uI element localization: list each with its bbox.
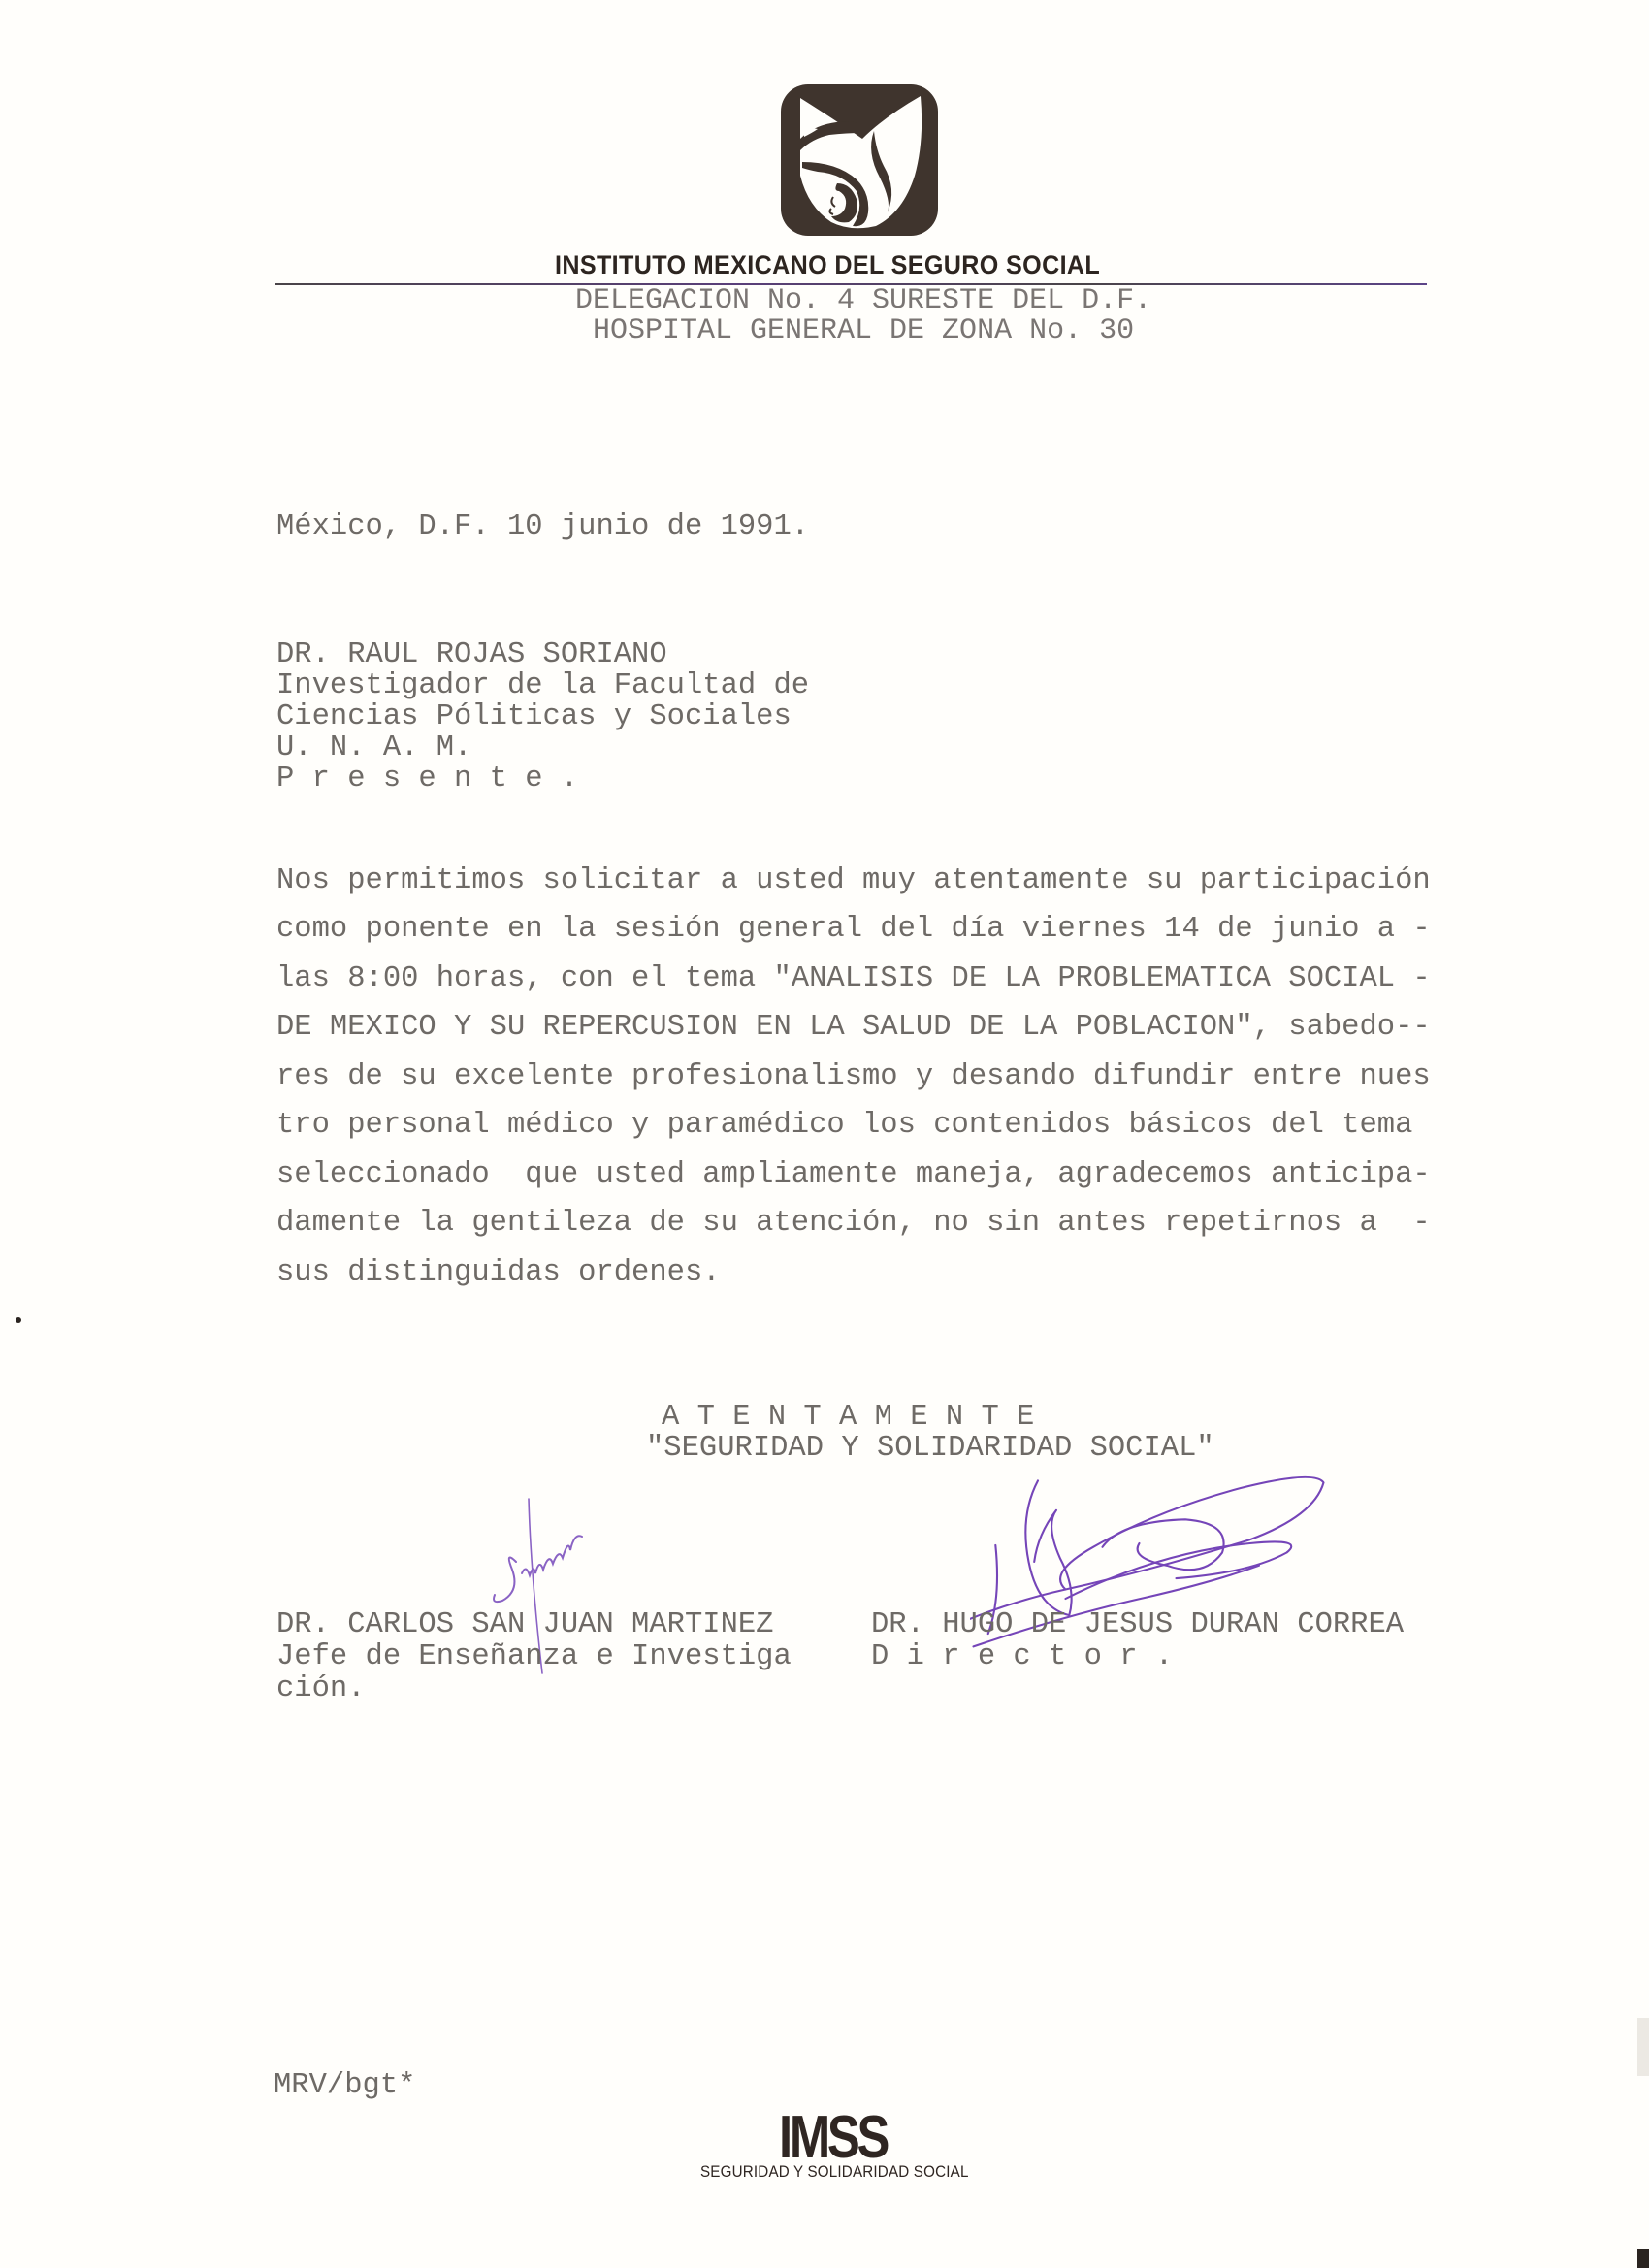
reference-initials: MRV/bgt* <box>274 2071 415 2101</box>
signatory-name: DR. CARLOS SAN JUAN MARTINEZ <box>276 1610 773 1640</box>
paper-edge-mark <box>1637 2249 1649 2268</box>
signatory-title: D i r e c t o r . <box>871 1642 1173 1672</box>
signatory-title: ción. <box>276 1674 366 1704</box>
body-line: DE MEXICO Y SU REPERCUSION EN LA SALUD D… <box>276 1013 1431 1043</box>
imss-eagle-logo-icon <box>779 82 940 238</box>
delegation-line: DELEGACION No. 4 SURESTE DEL D.F. <box>575 286 1151 315</box>
recipient-line: Investigador de la Facultad de <box>276 671 809 701</box>
body-line: damente la gentileza de su atención, no … <box>276 1209 1431 1239</box>
letter-page: INSTITUTO MEXICANO DEL SEGURO SOCIAL DEL… <box>0 0 1649 2268</box>
paper-edge-mark <box>1637 2018 1649 2076</box>
signatory-title: Jefe de Enseñanza e Investiga <box>276 1642 792 1672</box>
footer-motto: SEGURIDAD Y SOLIDARIDAD SOCIAL <box>700 2163 969 2182</box>
date-line: México, D.F. 10 junio de 1991. <box>276 512 809 542</box>
hospital-line: HOSPITAL GENERAL DE ZONA No. 30 <box>593 316 1134 345</box>
signatory-name: DR. HUGO DE JESUS DURAN CORREA <box>871 1610 1404 1640</box>
recipient-line: Ciencias Póliticas y Sociales <box>276 702 792 732</box>
body-line: sus distinguidas ordenes. <box>276 1258 721 1288</box>
body-line: las 8:00 horas, con el tema "ANALISIS DE… <box>276 964 1431 994</box>
closing-salutation: A T E N T A M E N T E <box>662 1403 1034 1433</box>
imss-footer-logo: IMSS <box>779 2103 887 2172</box>
institution-name: INSTITUTO MEXICANO DEL SEGURO SOCIAL <box>555 250 1100 280</box>
paper-speck <box>16 1317 21 1323</box>
closing-motto: "SEGURIDAD Y SOLIDARIDAD SOCIAL" <box>646 1434 1214 1464</box>
recipient-line: P r e s e n t e . <box>276 764 578 794</box>
recipient-name: DR. RAUL ROJAS SORIANO <box>276 640 667 670</box>
body-line: seleccionado que usted ampliamente manej… <box>276 1160 1431 1190</box>
body-line: como ponente en la sesión general del dí… <box>276 915 1431 945</box>
body-line: Nos permitimos solicitar a usted muy ate… <box>276 866 1431 896</box>
recipient-line: U. N. A. M. <box>276 733 471 763</box>
body-line: tro personal médico y paramédico los con… <box>276 1111 1412 1141</box>
body-line: res de su excelente profesionalismo y de… <box>276 1062 1431 1092</box>
